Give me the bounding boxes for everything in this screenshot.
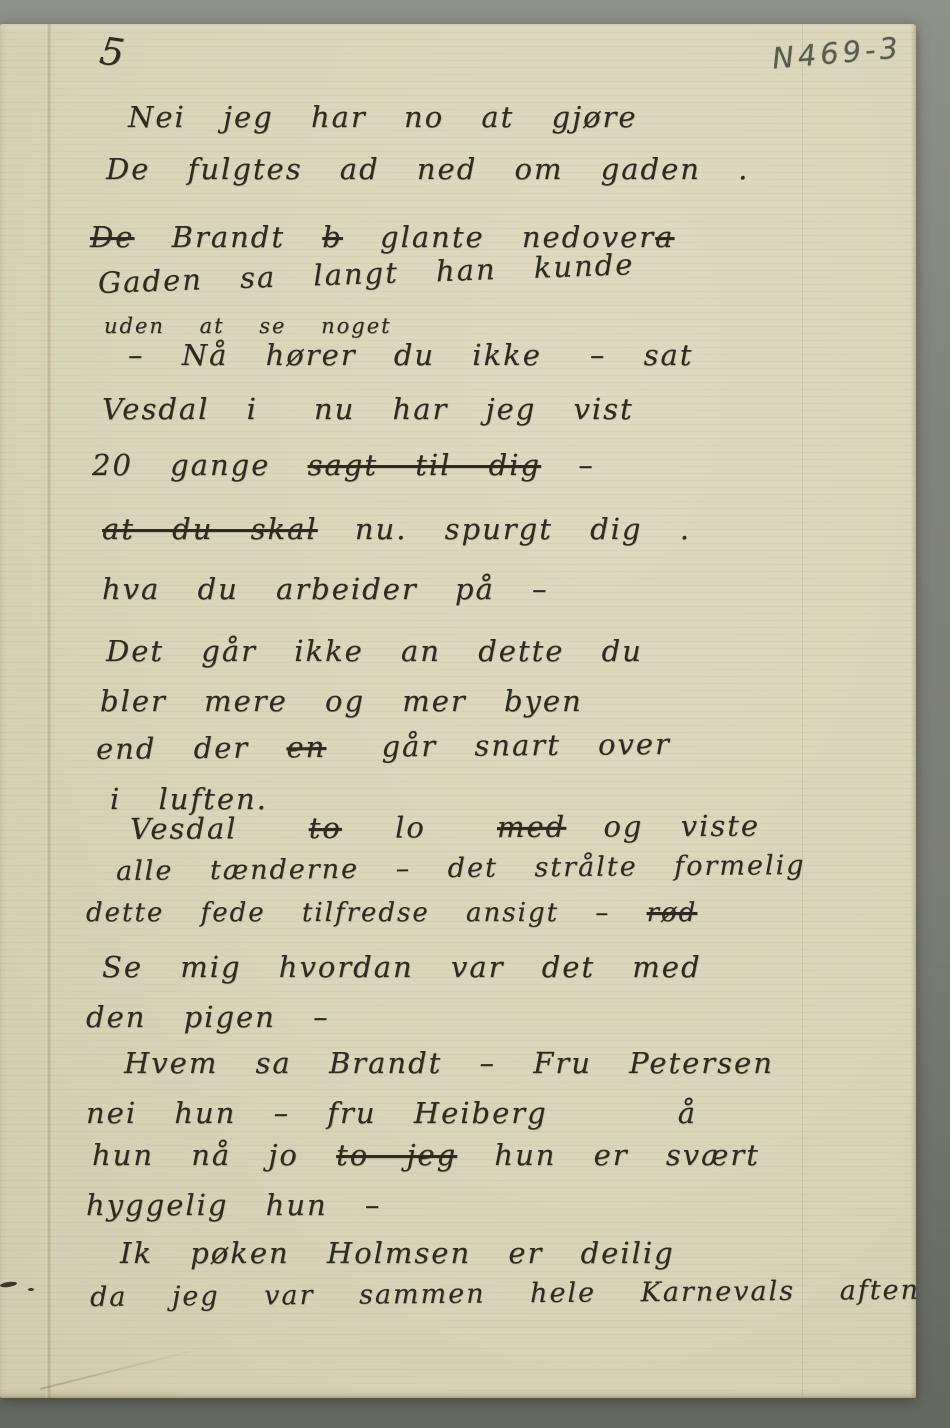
handwritten-line: den pigen –	[86, 1000, 330, 1034]
handwritten-text: alle tænderne – det strålte formelig	[116, 850, 806, 887]
handwritten-line: end der en går snart over	[96, 727, 671, 766]
handwritten-line: dette fede tilfredse ansigt – rød	[86, 898, 697, 928]
handwritten-line: hun nå jo to jeg hun er svært	[92, 1138, 760, 1172]
handwritten-line: Hvem sa Brandt – Fru Petersen	[124, 1046, 774, 1080]
handwritten-text: Nei jeg har no at gjøre	[128, 100, 638, 134]
manuscript-page: 5 N469-3 Nei jeg har no at gjøreDe fulgt…	[0, 24, 916, 1398]
handwritten-text: og viste	[566, 809, 760, 844]
handwritten-text: nei hun – fru Heiberg	[86, 1096, 548, 1130]
handwritten-text: hyggelig hun –	[86, 1188, 381, 1222]
handwritten-text: Det går ikke an dette du	[106, 634, 643, 668]
handwritten-text: dette fede tilfredse ansigt –	[86, 898, 647, 928]
handwritten-line: nei hun – fru Heibergå	[86, 1096, 697, 1130]
handwritten-line: at du skal nu. spurgt dig .	[102, 512, 691, 546]
struck-text: a	[655, 220, 674, 254]
struck-text: med	[497, 810, 566, 844]
handwritten-line: Ik pøken Holmsen er deilig	[120, 1236, 675, 1270]
handwritten-line: Se mig hvordan var det med	[102, 950, 702, 984]
handwritten-line: uden at se noget	[104, 314, 392, 338]
handwritten-text: Vesdal i	[102, 392, 258, 426]
handwritten-text: går snart over	[344, 727, 671, 764]
manuscript-lines: Nei jeg har no at gjøreDe fulgtes ad ned…	[0, 24, 916, 1398]
handwritten-text: lo	[358, 810, 463, 845]
handwritten-line: Vesdal inu har jeg vist	[102, 392, 634, 426]
handwritten-text: De fulgtes ad ned om gaden .	[106, 152, 749, 186]
photo-backdrop: 5 N469-3 Nei jeg har no at gjøreDe fulgt…	[0, 0, 950, 1428]
ink-speck	[28, 1288, 34, 1291]
struck-text: to jeg	[336, 1138, 457, 1172]
struck-text: en	[286, 730, 326, 764]
handwritten-text: –	[541, 448, 595, 482]
handwritten-text: Ik pøken Holmsen er deilig	[120, 1236, 675, 1270]
handwritten-text: Se mig hvordan var det med	[102, 950, 702, 984]
handwritten-text: å	[678, 1096, 697, 1130]
handwritten-text: bler mere og mer byen	[100, 684, 583, 718]
handwritten-line: De fulgtes ad ned om gaden .	[106, 152, 749, 186]
handwritten-text: end der	[96, 730, 287, 766]
handwritten-line: Vesdal to lo med og viste	[130, 809, 760, 846]
struck-text: De	[90, 220, 134, 254]
handwritten-line: bler mere og mer byen	[100, 684, 583, 718]
struck-text: to	[309, 811, 342, 845]
handwritten-text: Brandt	[134, 220, 322, 254]
handwritten-text: 20 gange	[92, 448, 308, 482]
struck-text: rød	[647, 898, 698, 928]
handwritten-text: hun nå jo	[92, 1138, 336, 1172]
handwritten-text: nu har jeg vist	[314, 392, 634, 426]
handwritten-line: alle tænderne – det strålte formelig	[116, 850, 806, 887]
handwritten-text: hun er svært	[457, 1138, 760, 1172]
handwritten-text: Hvem sa Brandt – Fru Petersen	[124, 1046, 774, 1080]
handwritten-text: Gaden sa langt han kunde	[97, 247, 635, 300]
handwritten-line: da jeg var sammen hele Karnevals aften	[90, 1275, 920, 1313]
handwritten-text: Vesdal	[130, 811, 275, 846]
handwritten-line: 20 gange sagt til dig –	[92, 448, 595, 482]
struck-text: b	[322, 220, 343, 254]
handwritten-line: hyggelig hun –	[86, 1188, 381, 1222]
handwritten-text: hva du arbeider på –	[102, 572, 549, 606]
struck-text: at du skal	[102, 512, 318, 546]
handwritten-line: Gaden sa langt han kunde	[97, 247, 635, 300]
handwritten-line: – Nå hører du ikke– sat	[128, 338, 693, 372]
handwritten-text: – sat	[590, 338, 694, 372]
handwritten-line: Nei jeg har no at gjøre	[128, 100, 638, 134]
handwritten-line: hva du arbeider på –	[102, 572, 549, 606]
struck-text: sagt til dig	[308, 448, 541, 482]
handwritten-text: uden at se noget	[104, 314, 392, 338]
handwritten-text: nu. spurgt dig .	[318, 512, 691, 546]
handwritten-text: den pigen –	[86, 1000, 330, 1034]
handwritten-text: – Nå hører du ikke	[128, 338, 542, 372]
handwritten-text: da jeg var sammen hele Karnevals aften	[90, 1275, 920, 1313]
handwritten-line: Det går ikke an dette du	[106, 634, 643, 668]
